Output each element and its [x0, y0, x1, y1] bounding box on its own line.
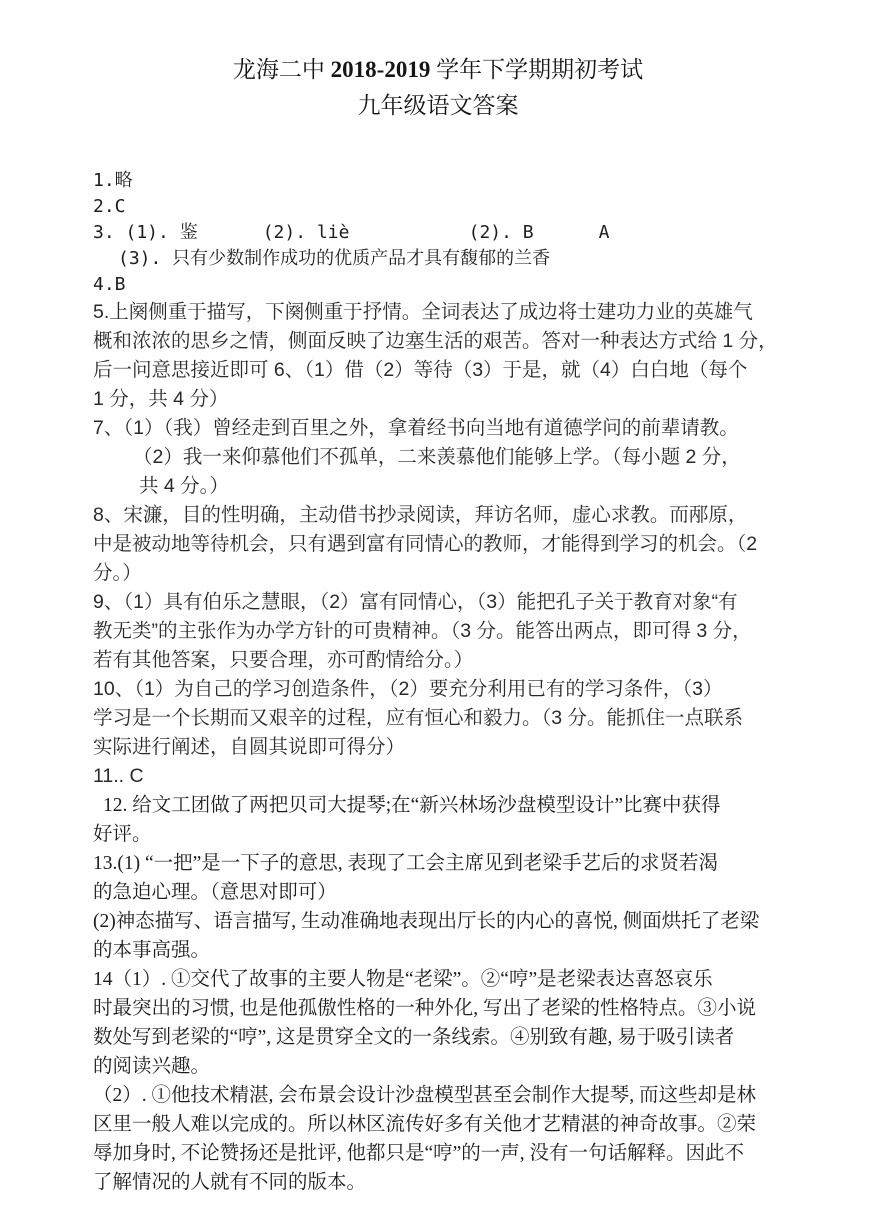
answer-13-line-2: 的急迫心理。（意思对即可）	[93, 878, 783, 907]
title-year: 2018-2019	[331, 57, 431, 82]
answer-12-line-1: 12. 给文工团做了两把贝司大提琴;在“新兴林场沙盘模型设计”比赛中获得	[93, 791, 783, 820]
answer-8: 8、宋濂，目的性明确，主动借书抄录阅读，拜访名师，虚心求教。而邴原， 中是被动地…	[93, 501, 783, 588]
answer-7-line-1: 7、（1）（我）曾经走到百里之外，拿着经书向当地有道德学问的前辈请教。	[93, 414, 783, 443]
answer-9-line-1: 9、（1）具有伯乐之慧眼，（2）富有同情心，（3）能把孔子关于教育对象“有	[93, 588, 783, 617]
title-block: 龙海二中 2018-2019 学年下学期期初考试 九年级语文答案	[93, 52, 783, 124]
answer-4-line-1: 4.B	[93, 272, 783, 298]
answer-13-line-4: 的本事高强。	[93, 936, 783, 965]
answer-key-content: 1.略 2.C 3. (1). 鉴 (2). liè (2). B A (3).…	[93, 168, 783, 1197]
answer-9-line-3: 若有其他答案，只要合理，亦可酌情给分。）	[93, 646, 783, 675]
answer-14-1-line-4: 的阅读兴趣。	[93, 1052, 783, 1081]
answer-5-line-4: 1 分，共 4 分）	[93, 385, 783, 414]
answer-13-line-3: (2)神态描写、语言描写, 生动准确地表现出厅长的内心的喜悦, 侧面烘托了老梁	[93, 907, 783, 936]
page-title: 龙海二中 2018-2019 学年下学期期初考试	[93, 52, 783, 88]
answer-14-1-line-1: 14（1）. ①交代了故事的主要人物是“老梁”。②“哼”是老梁表达喜怒哀乐	[93, 965, 783, 994]
answer-5-line-1: 5.上阕侧重于描写，下阕侧重于抒情。全词表达了成边将士建功力业的英雄气	[93, 298, 783, 327]
answer-12-line-2: 好评。	[93, 820, 783, 849]
answer-5-line-2: 概和浓浓的思乡之情，侧面反映了边塞生活的艰苦。答对一种表达方式给 1 分，	[93, 327, 783, 356]
answer-2-line-1: 2.C	[93, 194, 783, 220]
answer-9: 9、（1）具有伯乐之慧眼，（2）富有同情心，（3）能把孔子关于教育对象“有 教无…	[93, 588, 783, 675]
answer-10-line-1: 10、（1）为自己的学习创造条件，（2）要充分利用已有的学习条件，（3）	[93, 675, 783, 704]
answer-8-line-1: 8、宋濂，目的性明确，主动借书抄录阅读，拜访名师，虚心求教。而邴原，	[93, 501, 783, 530]
answer-9-line-2: 教无类”的主张作为办学方针的可贵精神。（3 分。能答出两点，即可得 3 分，	[93, 617, 783, 646]
answer-12: 12. 给文工团做了两把贝司大提琴;在“新兴林场沙盘模型设计”比赛中获得 好评。	[93, 791, 783, 849]
title-term: 学年下学期期初考试	[430, 57, 643, 82]
answer-1: 1.略	[93, 168, 783, 194]
title-school: 龙海二中	[233, 57, 331, 82]
answer-14-2-line-1: （2）. ①他技术精湛, 会布景会设计沙盘模型甚至会制作大提琴, 而这些却是林	[93, 1081, 783, 1110]
page-subtitle: 九年级语文答案	[93, 88, 783, 124]
answer-3: 3. (1). 鉴 (2). liè (2). B A (3). 只有少数制作成…	[93, 220, 783, 272]
answer-5-line-3: 后一问意思接近即可 6、（1）借（2）等待（3）于是，就（4）白白地（每个	[93, 356, 783, 385]
answer-7: 7、（1）（我）曾经走到百里之外，拿着经书向当地有道德学问的前辈请教。 （2）我…	[93, 414, 783, 501]
answer-10-line-3: 实际进行阐述，自圆其说即可得分）	[93, 733, 783, 762]
answer-4: 4.B	[93, 272, 783, 298]
answer-7-line-3: 共 4 分。）	[93, 472, 783, 501]
answer-11: 11.. C	[93, 762, 783, 791]
answer-14-2-line-4: 了解情况的人就有不同的版本。	[93, 1168, 783, 1197]
answer-13: 13.(1) “一把”是一下子的意思, 表现了工会主席见到老梁手艺后的求贤若渴 …	[93, 849, 783, 965]
answer-14-2-line-3: 辱加身时, 不论赞扬还是批评, 他都只是“哼”的一声, 没有一句话解释。因此不	[93, 1139, 783, 1168]
answer-14-1-line-2: 时最突出的习惯, 也是他孤傲性格的一种外化, 写出了老梁的性格特点。③小说	[93, 994, 783, 1023]
answer-10: 10、（1）为自己的学习创造条件，（2）要充分利用已有的学习条件，（3） 学习是…	[93, 675, 783, 762]
answer-8-line-3: 分。）	[93, 559, 783, 588]
answer-3-line-2: (3). 只有少数制作成功的优质产品才具有馥郁的兰香	[93, 246, 783, 272]
answer-11-line-1: 11.. C	[93, 762, 783, 791]
answer-7-line-2: （2）我一来仰慕他们不孤单，二来羡慕他们能够上学。（每小题 2 分，	[93, 443, 783, 472]
document-page: 龙海二中 2018-2019 学年下学期期初考试 九年级语文答案 1.略 2.C…	[0, 0, 869, 1228]
answer-13-line-1: 13.(1) “一把”是一下子的意思, 表现了工会主席见到老梁手艺后的求贤若渴	[93, 849, 783, 878]
answer-2: 2.C	[93, 194, 783, 220]
answer-3-line-1: 3. (1). 鉴 (2). liè (2). B A	[93, 220, 783, 246]
answer-14-part1: 14（1）. ①交代了故事的主要人物是“老梁”。②“哼”是老梁表达喜怒哀乐 时最…	[93, 965, 783, 1081]
answer-8-line-2: 中是被动地等待机会，只有遇到富有同情心的教师，才能得到学习的机会。（2	[93, 530, 783, 559]
answer-1-line-1: 1.略	[93, 168, 783, 194]
answer-10-line-2: 学习是一个长期而又艰辛的过程，应有恒心和毅力。（3 分。能抓住一点联系	[93, 704, 783, 733]
answer-14-part2: （2）. ①他技术精湛, 会布景会设计沙盘模型甚至会制作大提琴, 而这些却是林 …	[93, 1081, 783, 1197]
answer-14-2-line-2: 区里一般人难以完成的。所以林区流传好多有关他才艺精湛的神奇故事。②荣	[93, 1110, 783, 1139]
answer-14-1-line-3: 数处写到老梁的“哼”, 这是贯穿全文的一条线索。④别致有趣, 易于吸引读者	[93, 1023, 783, 1052]
answer-5-6: 5.上阕侧重于描写，下阕侧重于抒情。全词表达了成边将士建功力业的英雄气 概和浓浓…	[93, 298, 783, 414]
